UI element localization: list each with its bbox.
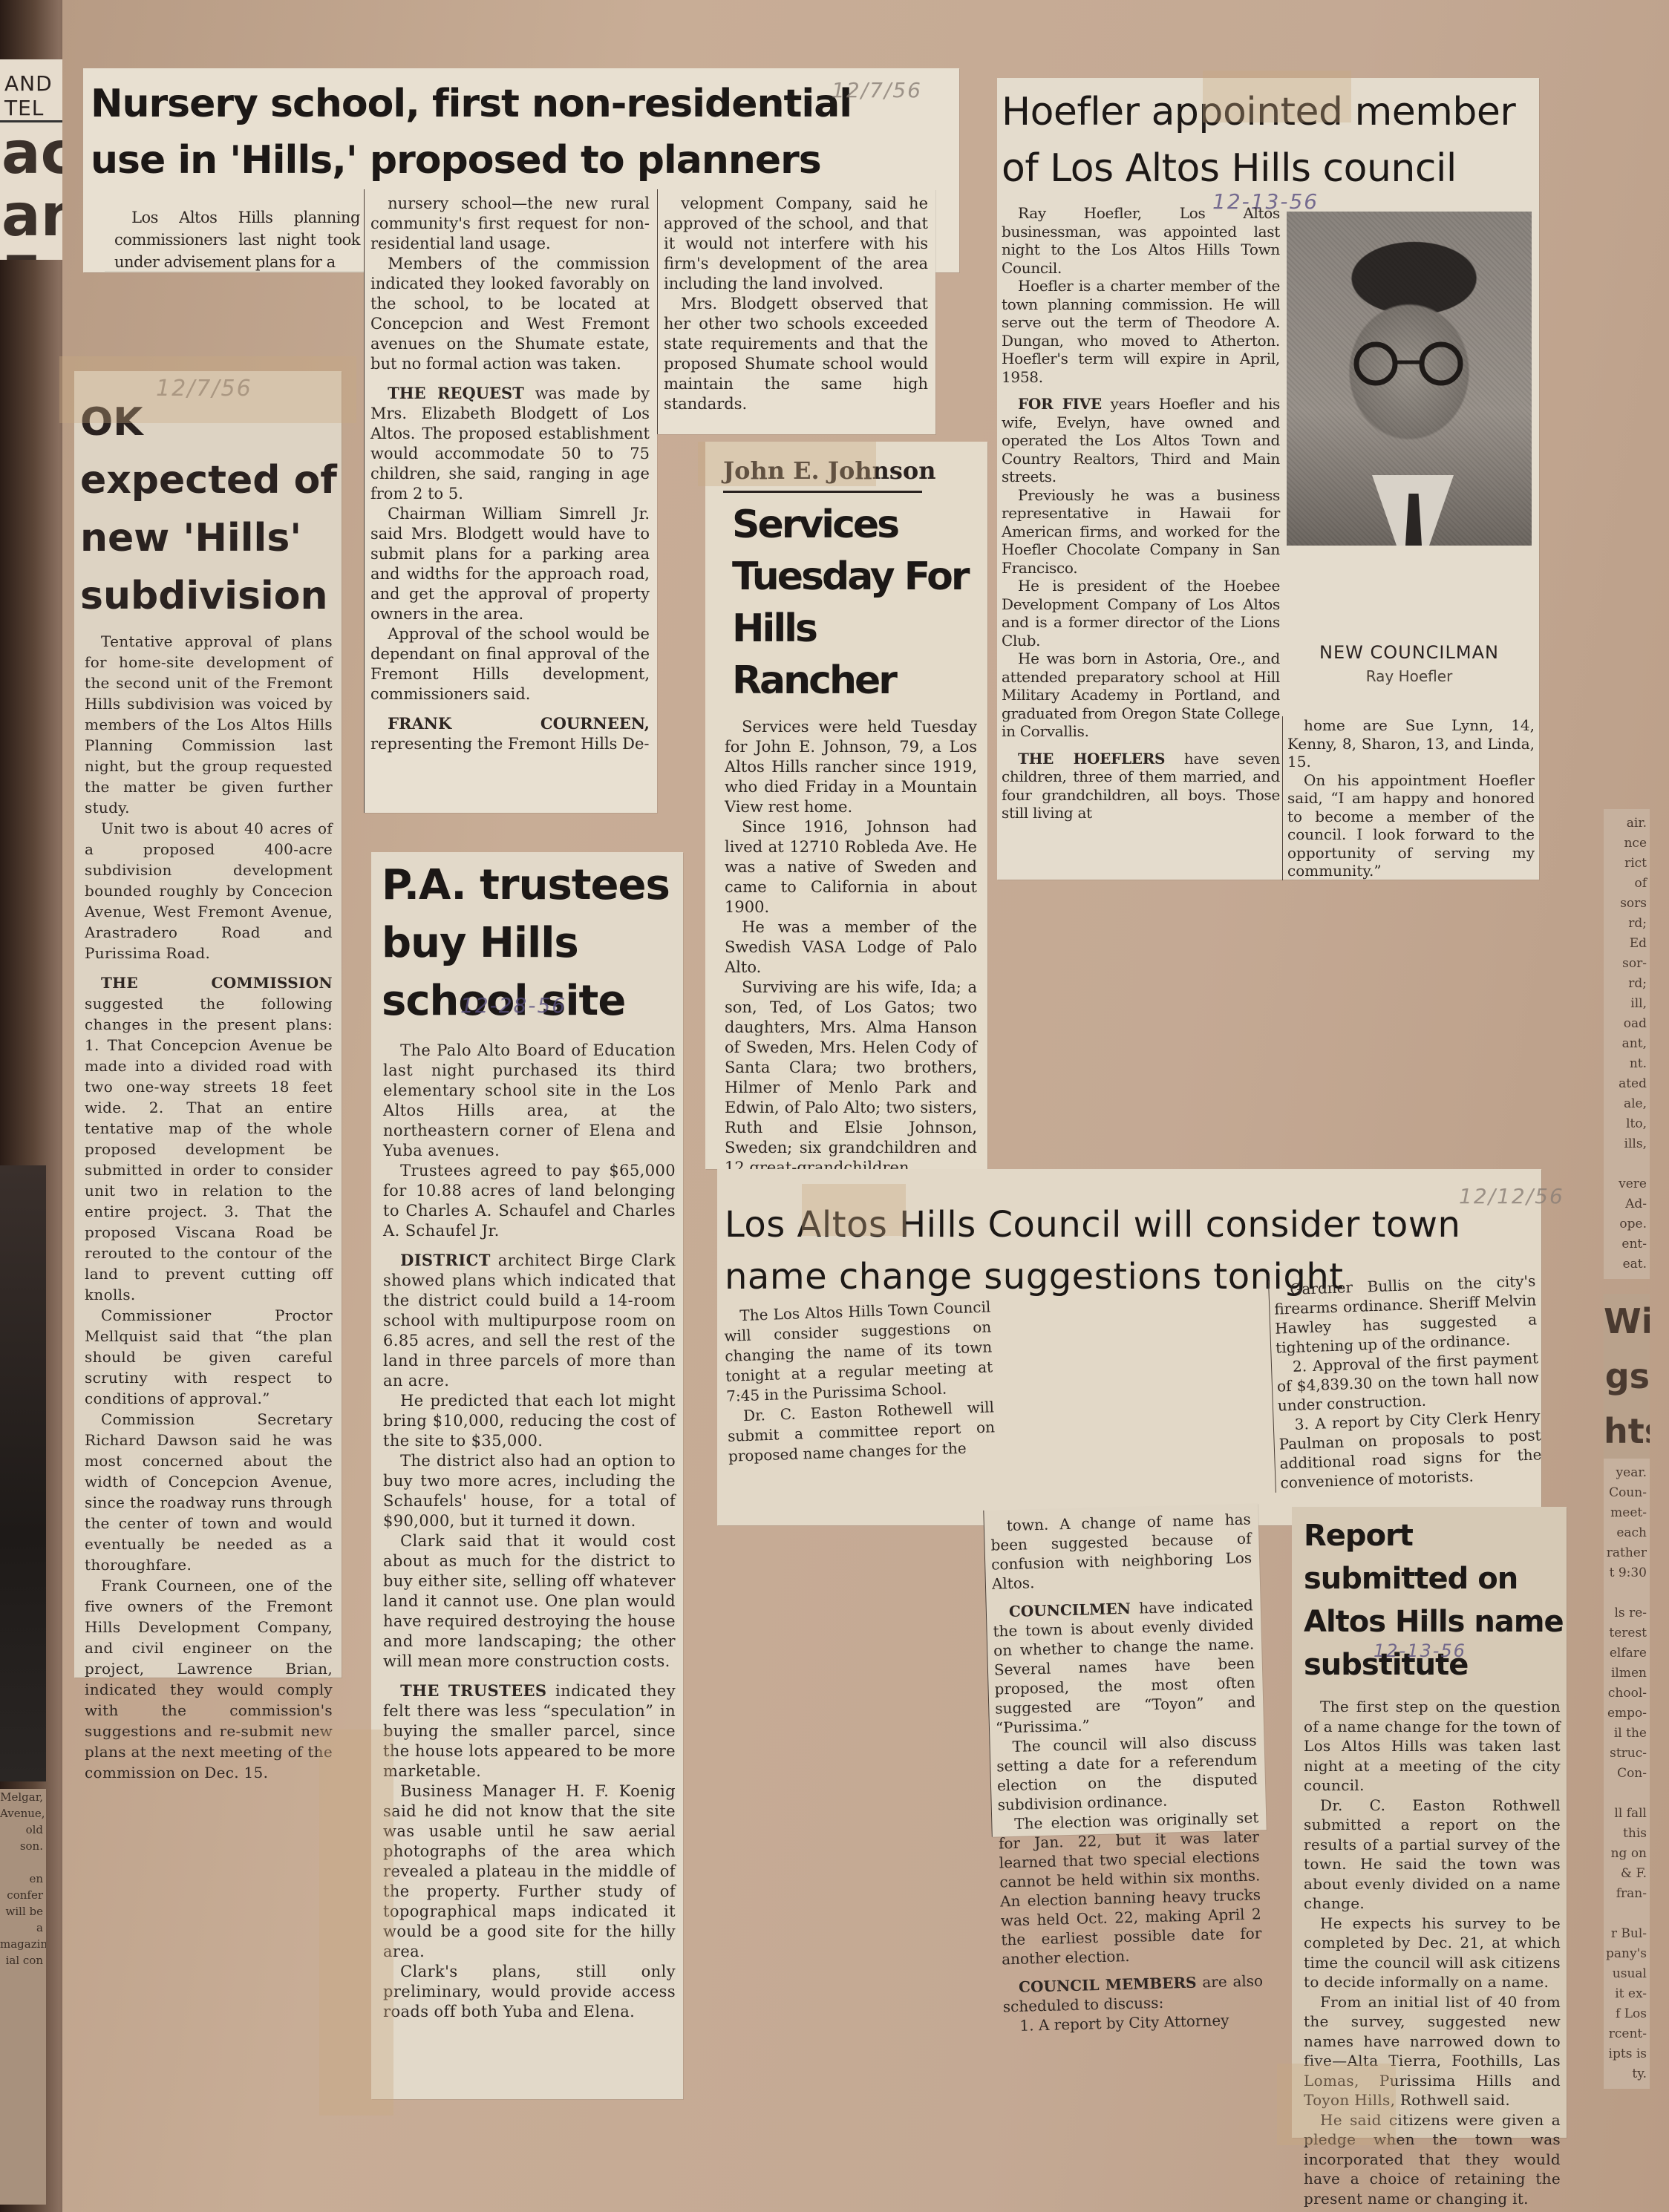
tape-strip [698,442,876,486]
text-line: fran- [1605,1884,1647,1904]
text-line: sors [1605,894,1647,914]
paragraph-text: Ray Hoefler, Los Altos businessman, was … [1002,204,1280,277]
text-line: ilmen [1605,1663,1647,1683]
tape-strip [59,356,356,423]
paragraph-text: Since 1916, Johnson had lived at 12710 R… [725,818,977,916]
paragraph-text: representing the Fremont Hills De- [370,735,649,753]
paragraph: FRANK COURNEEN, representing the Fremont… [370,713,650,754]
paragraph: The first step on the question of a name… [1304,1697,1561,1796]
text-line: rict [1605,854,1647,874]
paragraph-text: The first step on the question of a name… [1304,1698,1561,1794]
council-col-2: town. A change of name has been suggeste… [983,1503,1266,1837]
text-line [1605,1904,1647,1924]
paragraph: 2. Approval of the first payment of $4,8… [1276,1348,1541,1415]
paragraph: town. A change of name has been suggeste… [990,1509,1253,1593]
right-page-clipping-fragment: air.ncerictofsorsrd;Edsor-rd;ill,oadant,… [1604,809,1650,2175]
paragraph-lead-in: DISTRICT [400,1251,491,1269]
paragraph: He is president of the Hoebee Developmen… [1002,577,1280,649]
paragraph: COUNCILMEN have indicated the town is ab… [993,1595,1257,1737]
paragraph-text: architect Birge Clark showed plans which… [383,1251,676,1390]
paragraph-text: 3. A report by City Clerk Henry Paulman … [1278,1407,1542,1491]
headline-fragment-2: an F [0,185,71,260]
paragraph-lead-in: FRANK COURNEEN, [388,714,650,733]
hoefler-col-1: Ray Hoefler, Los Altos businessman, was … [1002,204,1280,822]
paragraph-text: On his appointment Hoefler said, “I am h… [1287,771,1535,880]
text-line: r Bul- [1605,1924,1647,1944]
text-line: oad [1605,1014,1647,1034]
paragraph: Commission Secretary Richard Dawson said… [85,1409,333,1575]
paragraph: Gardner Bullis on the city's firearms or… [1273,1271,1538,1357]
clipping-pa-trustees-school-site: P.A. trustees buy Hills school site 12-2… [371,852,683,2099]
text-line: ill, [1605,994,1647,1014]
paragraph: Ray Hoefler, Los Altos businessman, was … [1002,204,1280,277]
paragraph: The council will also discuss setting a … [996,1730,1258,1814]
text-line: ills, [1605,1134,1647,1154]
nursery-col-1: Los Altos Hills planning commissioners l… [104,200,368,271]
paragraph-lead-in: THE COMMISSION [101,974,333,992]
paragraph-text: nursery school—the new rural community's… [370,194,650,252]
paragraph: 3. A report by City Clerk Henry Paulman … [1278,1406,1542,1492]
right-strip-text-b: year.Coun-meet-eachrathert 9:30 ls re-te… [1604,1459,1650,2089]
paragraph-text: 2. Approval of the first payment of $4,8… [1277,1349,1540,1414]
tape-strip [1277,2064,1396,2145]
text-line: t 9:30 [1605,1563,1647,1583]
council-handwritten-date: 12/12/56 [1459,1184,1564,1208]
text-line [1605,1784,1647,1804]
paragraph: Dr. C. Easton Rothwell submitted a repor… [1304,1796,1561,1914]
tape-strip [319,1730,393,2116]
text-line: each [1605,1523,1647,1543]
text-line: nt. [1605,1054,1647,1074]
text-line [0,1854,43,1871]
text-line: Ad- [1605,1194,1647,1214]
text-line: rd; [1605,974,1647,994]
paragraph: The election was originally set for Jan.… [998,1807,1262,1969]
text-line: ial con [0,1952,43,1969]
text-line: Coun- [1605,1483,1647,1503]
text-line: Ed [1605,934,1647,954]
nursery-col-1-text: Los Altos Hills planning commissioners l… [114,206,360,273]
paragraph-text: The Los Altos Hills Town Council will co… [724,1298,993,1404]
paragraph: Members of the commission indicated they… [370,254,650,374]
paragraph: The district also had an option to buy t… [383,1451,676,1531]
paragraph-text: Business Manager H. F. Koenig said he di… [383,1782,676,1960]
paragraph: Frank Courneen, one of the five owners o… [85,1575,333,1783]
text-line: of [1605,874,1647,894]
paragraph: Unit two is about 40 acres of a proposed… [85,818,333,963]
text-line: en confer [0,1871,43,1903]
caption-title: NEW COUNCILMAN [1287,642,1532,663]
pa-body: The Palo Alto Board of Education last ni… [371,1030,683,2022]
tape-strip [1203,71,1351,122]
paragraph: Approval of the school would be dependan… [370,624,650,704]
clipping-hoefler-appointed: Hoefler appointed member of Los Altos Hi… [997,78,1539,880]
photo-caption: NEW COUNCILMAN Ray Hoefler [1287,642,1532,685]
paragraph: Services were held Tuesday for John E. J… [725,717,977,817]
text-line [1605,1583,1647,1603]
paragraph-lead-in: COUNCILMEN [1009,1600,1131,1620]
paragraph: THE TRUSTEES indicated they felt there w… [383,1681,676,1781]
text-line [1605,1154,1647,1174]
hoefler-col-2: home are Sue Lynn, 14, Kenny, 8, Sharon,… [1282,716,1535,880]
masthead-fragment: AND TEL [0,59,71,122]
paragraph: Commissioner Proctor Mellquist said that… [85,1305,333,1409]
paragraph-text: The election was originally set for Jan.… [999,1808,1262,1968]
paragraph: home are Sue Lynn, 14, Kenny, 8, Sharon,… [1287,716,1535,771]
left-page-caption-fragment: Melgar,Avenue,old son. en conferwill be … [0,1789,46,2205]
text-line: Avenue, [0,1805,43,1822]
paragraph-lead-in: THE REQUEST [388,384,524,402]
paragraph-text: Dr. C. Easton Rothwell submitted a repor… [1304,1796,1561,1913]
text-line: empo- [1605,1704,1647,1724]
paragraph-lead-in: THE HOEFLERS [1018,750,1165,768]
portrait-photo-ray-hoefler [1287,212,1532,546]
text-line: usual [1605,1964,1647,1984]
paragraph-text: He was born in Astoria, Ore., and attend… [1002,649,1280,740]
text-line: air. [1605,814,1647,834]
paragraph: velopment Company, said he approved of t… [664,194,928,294]
tape-strip [802,1184,906,1236]
paragraph-text: The district also had an option to buy t… [383,1452,676,1530]
headline-fragment-1: act [0,122,71,185]
text-line: this [1605,1824,1647,1844]
paragraph-text: He was a member of the Swedish VASA Lodg… [725,918,977,976]
text-line: ant, [1605,1034,1647,1054]
text-line: & F. [1605,1864,1647,1884]
text-line: ls re- [1605,1603,1647,1623]
text-line: year. [1605,1463,1647,1483]
text-line: struc- [1605,1744,1647,1764]
clipping-report-name-substitute: Report submitted on Altos Hills name sub… [1292,1507,1567,2138]
paragraph: COUNCIL MEMBERS are also scheduled to di… [1002,1971,1264,2016]
text-line: pany's [1605,1944,1647,1964]
report-handwritten-date: 12-13-56 [1374,1640,1466,1661]
paragraph-text: Members of the commission indicated they… [370,255,650,373]
paragraph-text: Dr. C. Easton Rothewell will submit a co… [728,1398,996,1465]
text-line: old son. [0,1822,43,1854]
paragraph: Since 1916, Johnson had lived at 12710 R… [725,817,977,917]
paragraph: He was born in Astoria, Ore., and attend… [1002,649,1280,741]
text-line: nce [1605,834,1647,854]
paragraph-text: Gardner Bullis on the city's firearms or… [1274,1272,1538,1356]
paragraph: nursery school—the new rural community's… [370,194,650,254]
text-line: meet- [1605,1503,1647,1523]
text-line: will be a [0,1903,43,1936]
paragraph-text: Hoefler is a charter member of the town … [1002,277,1280,386]
text-line: vere [1605,1174,1647,1194]
paragraph: Previously he was a business representat… [1002,486,1280,577]
paragraph-text: Tentative approval of plans for home-sit… [85,632,333,817]
text-line: elfare [1605,1643,1647,1663]
paragraph: The Palo Alto Board of Education last ni… [383,1041,676,1161]
paragraph: The Los Altos Hills Town Council will co… [723,1297,993,1406]
paragraph: FOR FIVE years Hoefler and his wife, Eve… [1002,395,1280,486]
paragraph: Trustees agreed to pay $65,000 for 10.88… [383,1161,676,1241]
paragraph: Mrs. Blodgett observed that her other tw… [664,294,928,414]
paragraph-text: He is president of the Hoebee Developmen… [1002,577,1280,649]
paragraph-text: Frank Courneen, one of the five owners o… [85,1577,333,1781]
paragraph-lead-in: COUNCIL MEMBERS [1019,1974,1197,1996]
glasses-icon [1346,341,1472,386]
text-line: rather [1605,1543,1647,1563]
text-line: gs [1604,1349,1650,1404]
paragraph: He expects his survey to be completed by… [1304,1914,1561,1992]
paragraph-text: Unit two is about 40 acres of a proposed… [85,819,333,962]
paragraph-text: Previously he was a business representat… [1002,486,1280,577]
nursery-col-2: nursery school—the new rural community's… [364,189,657,813]
text-line: Con- [1605,1764,1647,1784]
paragraph: Surviving are his wife, Ida; a son, Ted,… [725,978,977,1178]
text-line: it ex- [1605,1984,1647,2004]
text-line: ale, [1605,1094,1647,1114]
paragraph-text: Clark's plans, still only preliminary, w… [383,1963,676,2020]
text-line: Melgar, [0,1789,43,1805]
text-line: terest [1605,1623,1647,1643]
paragraph-text: Chairman William Simrell Jr. said Mrs. B… [370,505,650,623]
clipping-ok-expected-subdivision: 12/7/56 OK expected of new 'Hills' subdi… [74,371,342,1678]
text-line: f Los [1605,2004,1647,2024]
paragraph-text: home are Sue Lynn, 14, Kenny, 8, Sharon,… [1287,716,1535,770]
paragraph-text: town. A change of name has been suggeste… [990,1510,1252,1592]
paragraph: Clark said that it would cost about as m… [383,1531,676,1672]
paragraph: THE COMMISSION suggested the following c… [85,972,333,1305]
clipping-johnson-obituary: John E. Johnson Services Tuesday For Hil… [705,442,987,1169]
right-strip-headline-fragment: Willgshts [1604,1294,1650,1459]
right-strip-text-a: air.ncerictofsorsrd;Edsor-rd;ill,oadant,… [1604,809,1650,1279]
council-col-3: Gardner Bullis on the city's firearms or… [1268,1271,1543,1492]
text-line: magazine [0,1936,43,1952]
text-line: chool- [1605,1683,1647,1704]
paragraph: He predicted that each lot might bring $… [383,1391,676,1451]
paragraph-text: Mrs. Blodgett observed that her other tw… [664,295,928,413]
text-line: hts [1604,1404,1650,1459]
paragraph: On his appointment Hoefler said, “I am h… [1287,771,1535,880]
text-line: eat. [1605,1254,1647,1274]
left-page-clipping-fragment: AND TEL act an F cting urge h [0,59,71,260]
text-line: ty. [1605,2064,1647,2084]
text-line: ll fall [1605,1804,1647,1824]
paragraph-text: He predicted that each lot might bring $… [383,1392,676,1450]
paragraph-text: Commission Secretary Richard Dawson said… [85,1410,333,1574]
text-line: rd; [1605,914,1647,934]
text-line: Will [1604,1294,1650,1349]
caption-name: Ray Hoefler [1287,667,1532,685]
left-page-photo-fragment [0,1165,46,1781]
paragraph: Hoefler is a charter member of the town … [1002,277,1280,386]
paragraph-text: Approval of the school would be dependan… [370,625,650,703]
nursery-col-3: velopment Company, said he approved of t… [657,189,935,434]
paragraph-text: Services were held Tuesday for John E. J… [725,718,977,816]
paragraph-lead-in: THE TRUSTEES [400,1681,546,1700]
paragraph: Business Manager H. F. Koenig said he di… [383,1781,676,1962]
text-line: ated [1605,1074,1647,1094]
nursery-handwritten-date: 12/7/56 [832,78,922,102]
paragraph: Dr. C. Easton Rothewell will submit a co… [727,1397,996,1467]
paragraph: He was a member of the Swedish VASA Lodg… [725,917,977,978]
paragraph-text: The council will also discuss setting a … [996,1731,1258,1813]
paragraph: THE HOEFLERS have seven children, three … [1002,750,1280,822]
paragraph: Tentative approval of plans for home-sit… [85,631,333,818]
text-line: lto, [1605,1114,1647,1134]
text-line: ent- [1605,1234,1647,1254]
nursery-headline: Nursery school, first non-residential us… [91,76,878,189]
text-line: sor- [1605,954,1647,974]
paragraph-text: velopment Company, said he approved of t… [664,194,928,292]
paragraph-text: Clark said that it would cost about as m… [383,1532,676,1670]
council-col-1: The Los Altos Hills Town Council will co… [723,1297,996,1466]
paragraph-text: suggested the following changes in the p… [85,995,333,1303]
ok-body: Tentative approval of plans for home-sit… [74,625,342,1783]
paragraph: THE REQUEST was made by Mrs. Elizabeth B… [370,383,650,504]
paragraph-text: Surviving are his wife, Ida; a son, Ted,… [725,978,977,1177]
paragraph-lead-in: FOR FIVE [1018,395,1102,413]
text-line: ng on [1605,1844,1647,1864]
paragraph-text: The Palo Alto Board of Education last ni… [383,1041,676,1159]
text-line: il the [1605,1724,1647,1744]
text-line: ipts is [1605,2044,1647,2064]
paragraph-text: He expects his survey to be completed by… [1304,1914,1561,1992]
paragraph: Chairman William Simrell Jr. said Mrs. B… [370,504,650,624]
johnson-headline: Services Tuesday For Hills Rancher [705,493,987,707]
text-line: ope. [1605,1214,1647,1234]
pa-handwritten-date: 12-28-56 [460,993,566,1018]
paragraph-text: Trustees agreed to pay $65,000 for 10.88… [383,1162,676,1240]
paragraph-text: Commissioner Proctor Mellquist said that… [85,1306,333,1407]
text-line: rcent- [1605,2024,1647,2044]
paragraph: Clark's plans, still only preliminary, w… [383,1962,676,2022]
paragraph: DISTRICT architect Birge Clark showed pl… [383,1250,676,1391]
